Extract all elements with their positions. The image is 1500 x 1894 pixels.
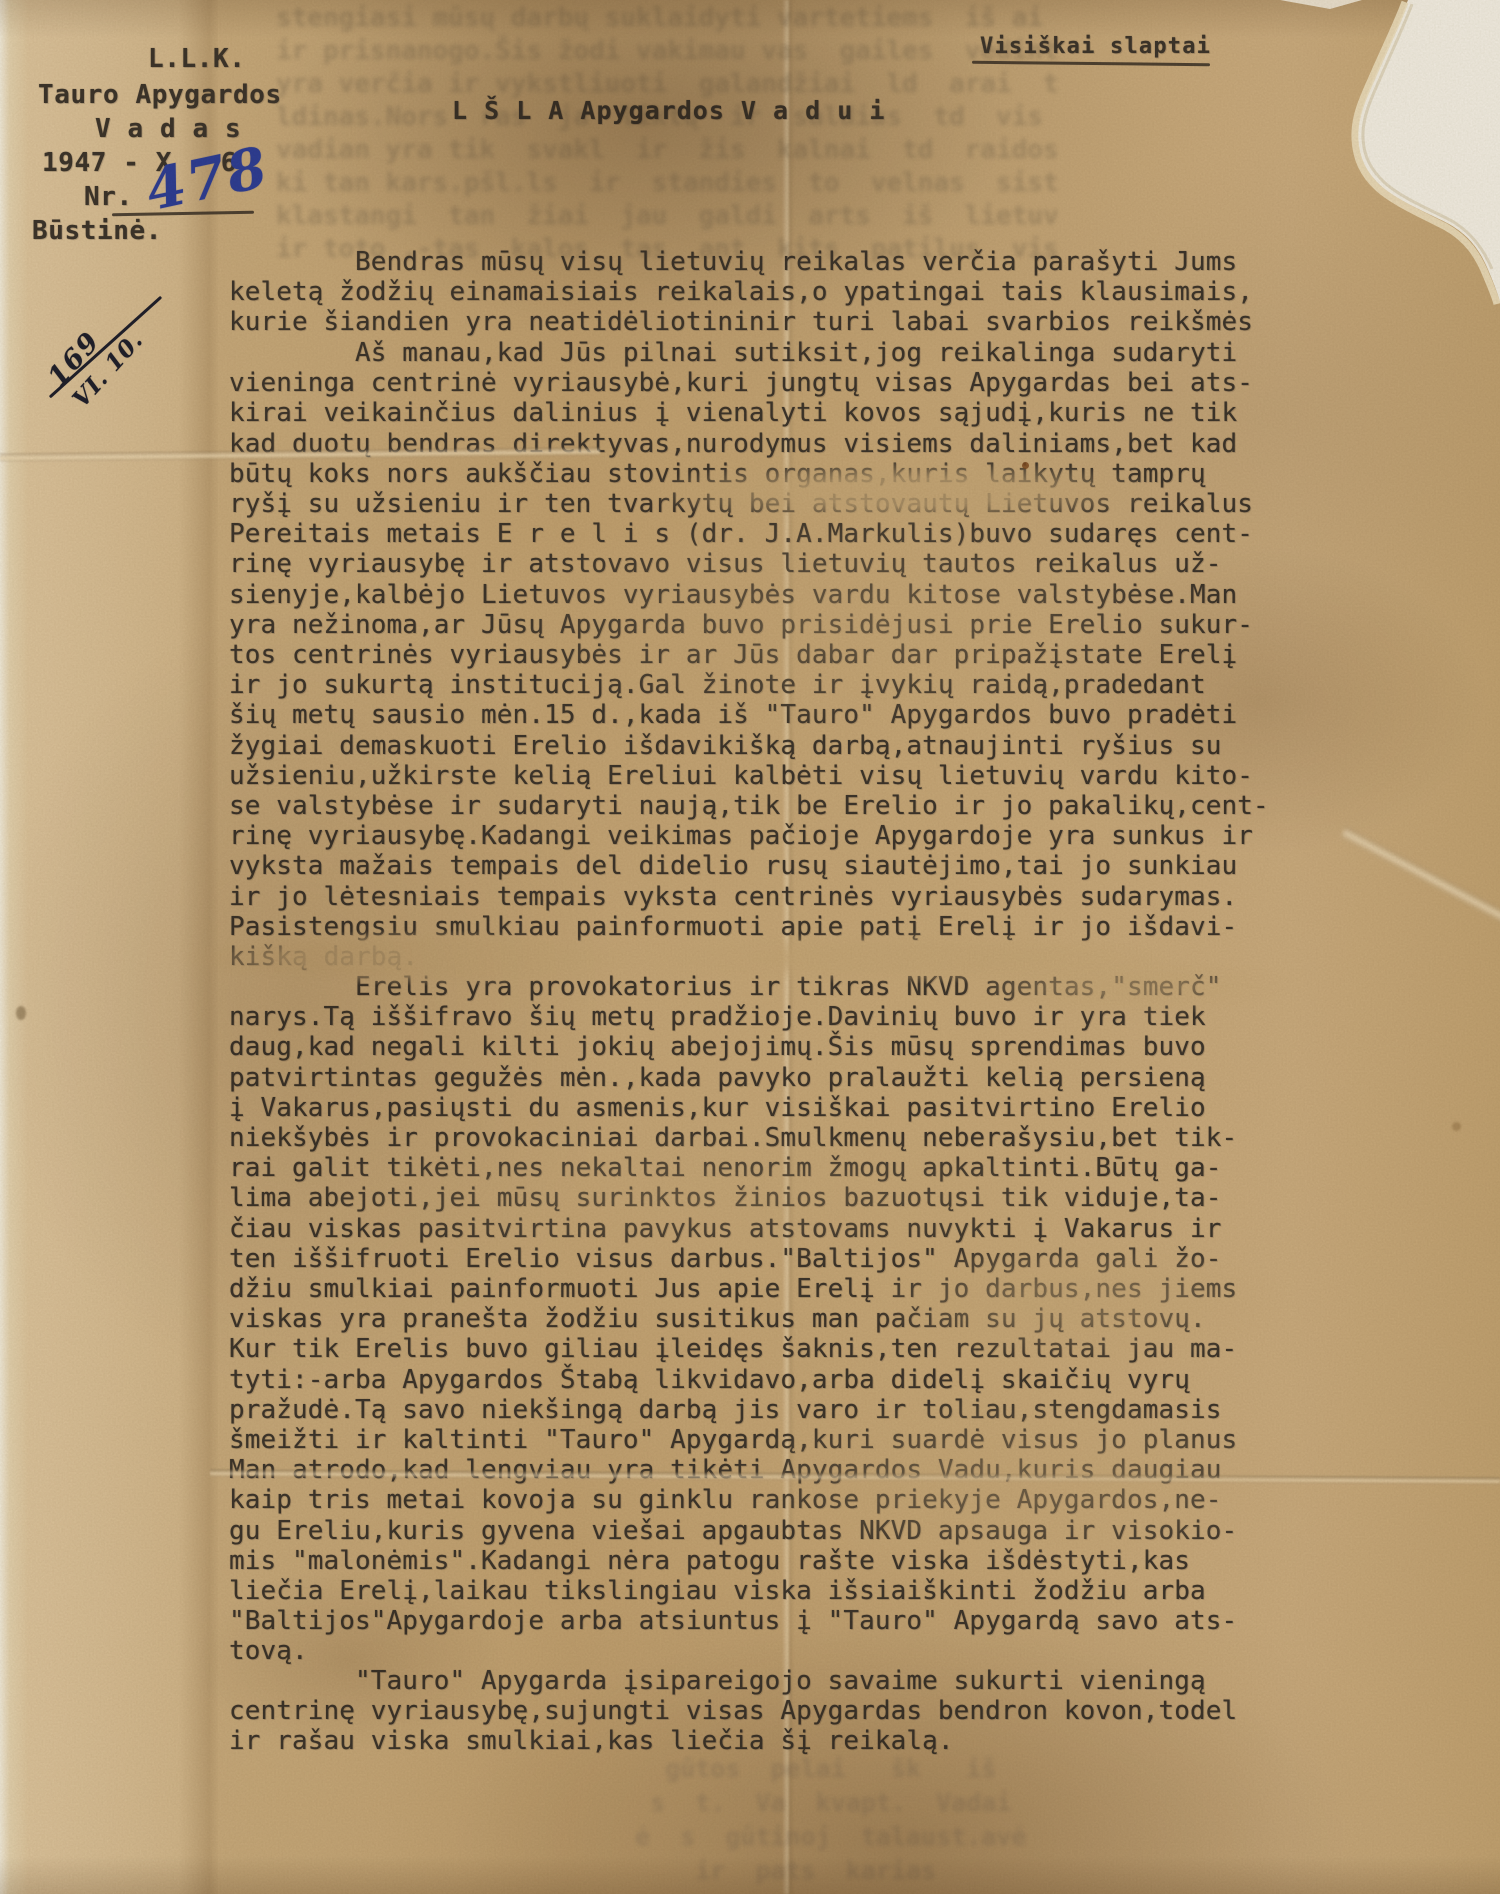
paper-grain-texture	[0, 0, 1500, 1894]
document-page: stengiasi mūsų darbų suklaidyti vartetie…	[0, 0, 1500, 1894]
